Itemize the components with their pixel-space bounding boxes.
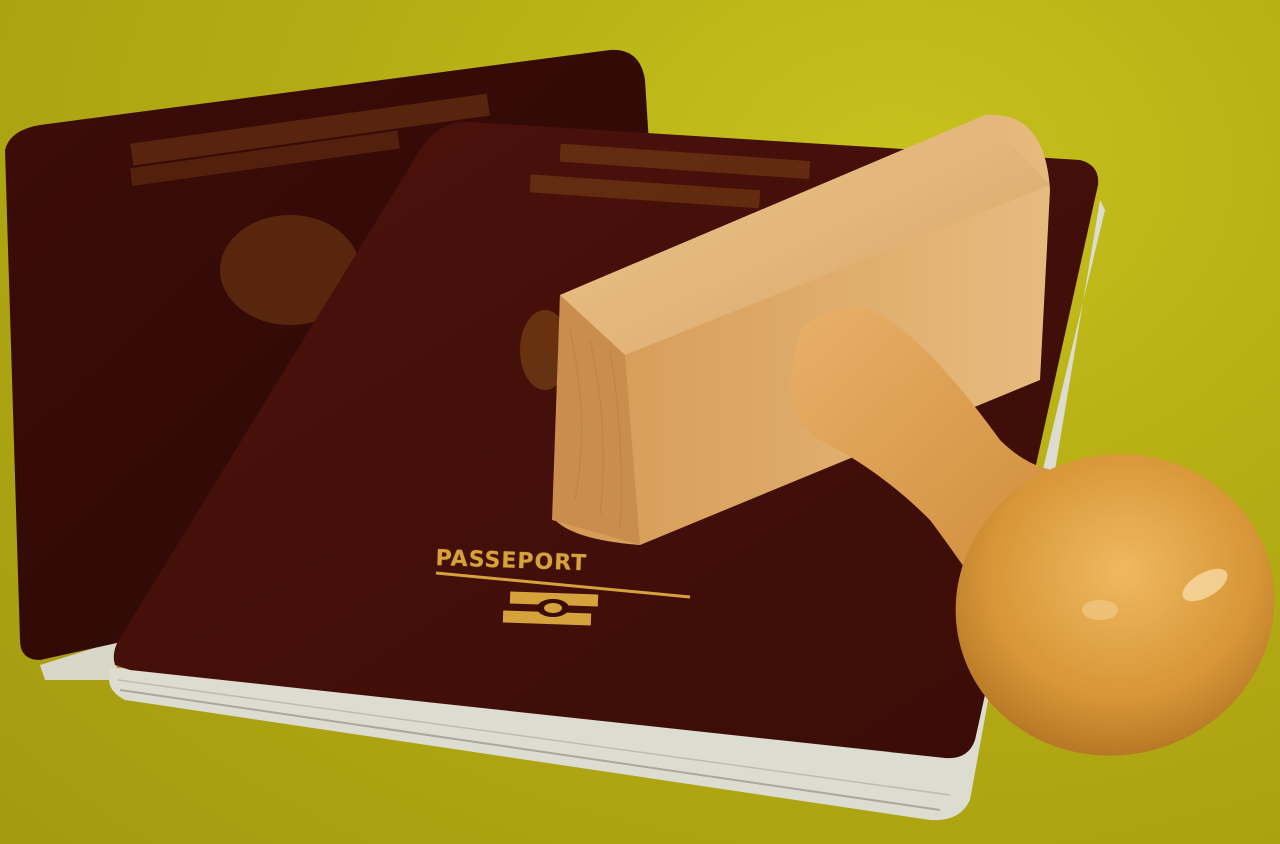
photo-illustration <box>0 0 1280 844</box>
photo-scene: PASSEPORT <box>0 0 1280 844</box>
